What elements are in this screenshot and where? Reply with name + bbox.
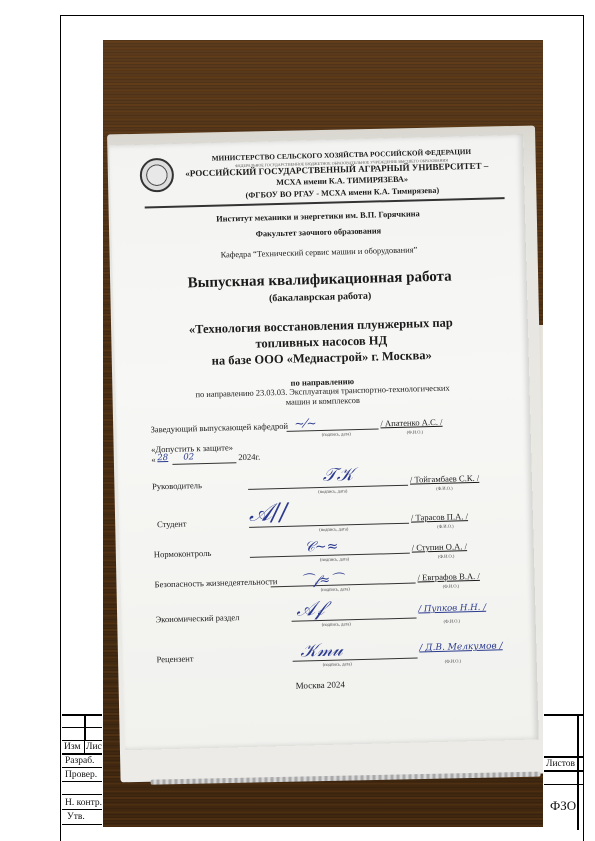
signer-name: / Тойгамбаев С.К. / (410, 473, 480, 485)
signer-name: / Евграфов В.А. / (417, 571, 480, 583)
divider (62, 781, 102, 782)
admit-year: 2024г. (238, 452, 260, 463)
signer-role: Нормоконтроль (154, 548, 212, 560)
fio-caption: (Ф.И.О.) (407, 429, 424, 434)
stamp-label-norm-control: Н. контр. (65, 798, 103, 808)
signature-caption: (подпись, дата) (319, 526, 348, 532)
signature: ⌒𝒻≈⌒ (300, 568, 343, 588)
stamp-label-developer: Разраб. (65, 756, 94, 766)
signer-row: Экономический раздел 𝒜𝒻 (подпись, дата) … (121, 604, 535, 615)
signature-caption: (подпись, дата) (322, 621, 351, 627)
faculty-name: Факультет заочного образования (111, 223, 525, 243)
department-name: Кафедра “Технический сервис машин и обор… (112, 243, 526, 263)
signer-role: Руководитель (152, 480, 202, 491)
divider (544, 784, 584, 785)
signer-role: Рецензент (156, 653, 193, 664)
divider (84, 740, 85, 753)
head-label: Заведующий выпускающей кафедрой (150, 421, 288, 435)
signer-role: Студент (157, 519, 187, 530)
date-line (172, 462, 236, 464)
signer-name: / Тарасов П.А. / (411, 511, 468, 522)
fio-caption: (Ф.И.О.) (443, 583, 460, 588)
divider (62, 740, 102, 741)
fio-caption: (Ф.И.О.) (437, 524, 454, 529)
signature: ~⁄~ (294, 416, 316, 431)
fio-caption: (Ф.И.О.) (438, 554, 455, 559)
signer-role: Безопасность жизнедеятельности (154, 576, 277, 589)
divider (62, 714, 102, 716)
signer-role: Экономический раздел (155, 612, 239, 624)
admit-date-open-quote: « (151, 454, 156, 464)
signature-caption: (подпись, дата) (321, 586, 350, 592)
signer-row: Безопасность жизнедеятельности ⌒𝒻≈⌒ (под… (120, 569, 534, 580)
signer-row: Руководитель 𝒯𝒦 (подпись, дата) / Тойгам… (118, 471, 532, 482)
signature: 𝒯𝒦 (323, 464, 354, 486)
divider (62, 753, 102, 755)
head-of-department-row: Заведующий выпускающей кафедрой ~⁄~ (под… (116, 414, 530, 425)
signature: 𝒜𝒻 (296, 596, 324, 621)
signer-row: Рецензент 𝒦𝓂𝓊 (подпись, дата) / Д.В. Мел… (122, 644, 536, 655)
divider (62, 727, 102, 728)
signer-row: Нормоконтроль 𝒞~≈ (подпись, дата) / Ступ… (120, 539, 534, 550)
signature: 𝒞~≈ (304, 539, 338, 556)
head-name: / Апатенко А.С. / (380, 417, 442, 429)
signature-caption: (подпись, дата) (318, 488, 347, 494)
divider (577, 714, 579, 830)
signer-name: / Пупков Н.Н. / (418, 603, 486, 615)
signature-caption: (подпись, дата) (322, 431, 351, 437)
fio-caption: (Ф.И.О.) (444, 618, 461, 623)
divider (62, 794, 102, 795)
signer-name: / Ступин О.А. / (412, 541, 468, 552)
stamp-label-izm: Изм (64, 742, 81, 752)
sheets-label: Листов (546, 759, 575, 769)
stamp-label-list: Лист (86, 742, 102, 752)
admit-month: 02 (183, 452, 194, 462)
city-year-footer: Москва 2024 (123, 674, 537, 695)
stamp-label-approved: Утв. (67, 812, 85, 822)
signature: 𝒜∕∕ (248, 498, 288, 527)
signer-name: / Д.В. Мелкумов / (419, 641, 503, 653)
divider (544, 770, 584, 772)
stamp-label-checked: Провер. (65, 770, 103, 780)
fio-caption: (Ф.И.О.) (445, 658, 462, 663)
admit-day: 28 (157, 453, 168, 463)
fio-caption: (Ф.И.О.) (436, 486, 453, 491)
signature: 𝒦𝓂𝓊 (300, 639, 343, 661)
divider (62, 767, 102, 768)
title-page-photo: Ра 16 3 МИНИСТЕРСТВО СЕЛЬСКОГО ХОЗЯЙСТВА… (103, 40, 543, 827)
signature-caption: (подпись, дата) (320, 556, 349, 562)
divider (544, 756, 584, 758)
signature-caption: (подпись, дата) (323, 661, 352, 667)
signer-row: Студент 𝒜∕∕ (подпись, дата) / Тарасов П.… (119, 509, 533, 520)
divider (62, 824, 102, 825)
sleeve-perforated-edge (151, 772, 541, 785)
organization-code: ФЗО (550, 798, 576, 814)
title-page: МИНИСТЕРСТВО СЕЛЬСКОГО ХОЗЯЙСТВА РОССИЙС… (109, 135, 539, 751)
divider (62, 809, 102, 810)
